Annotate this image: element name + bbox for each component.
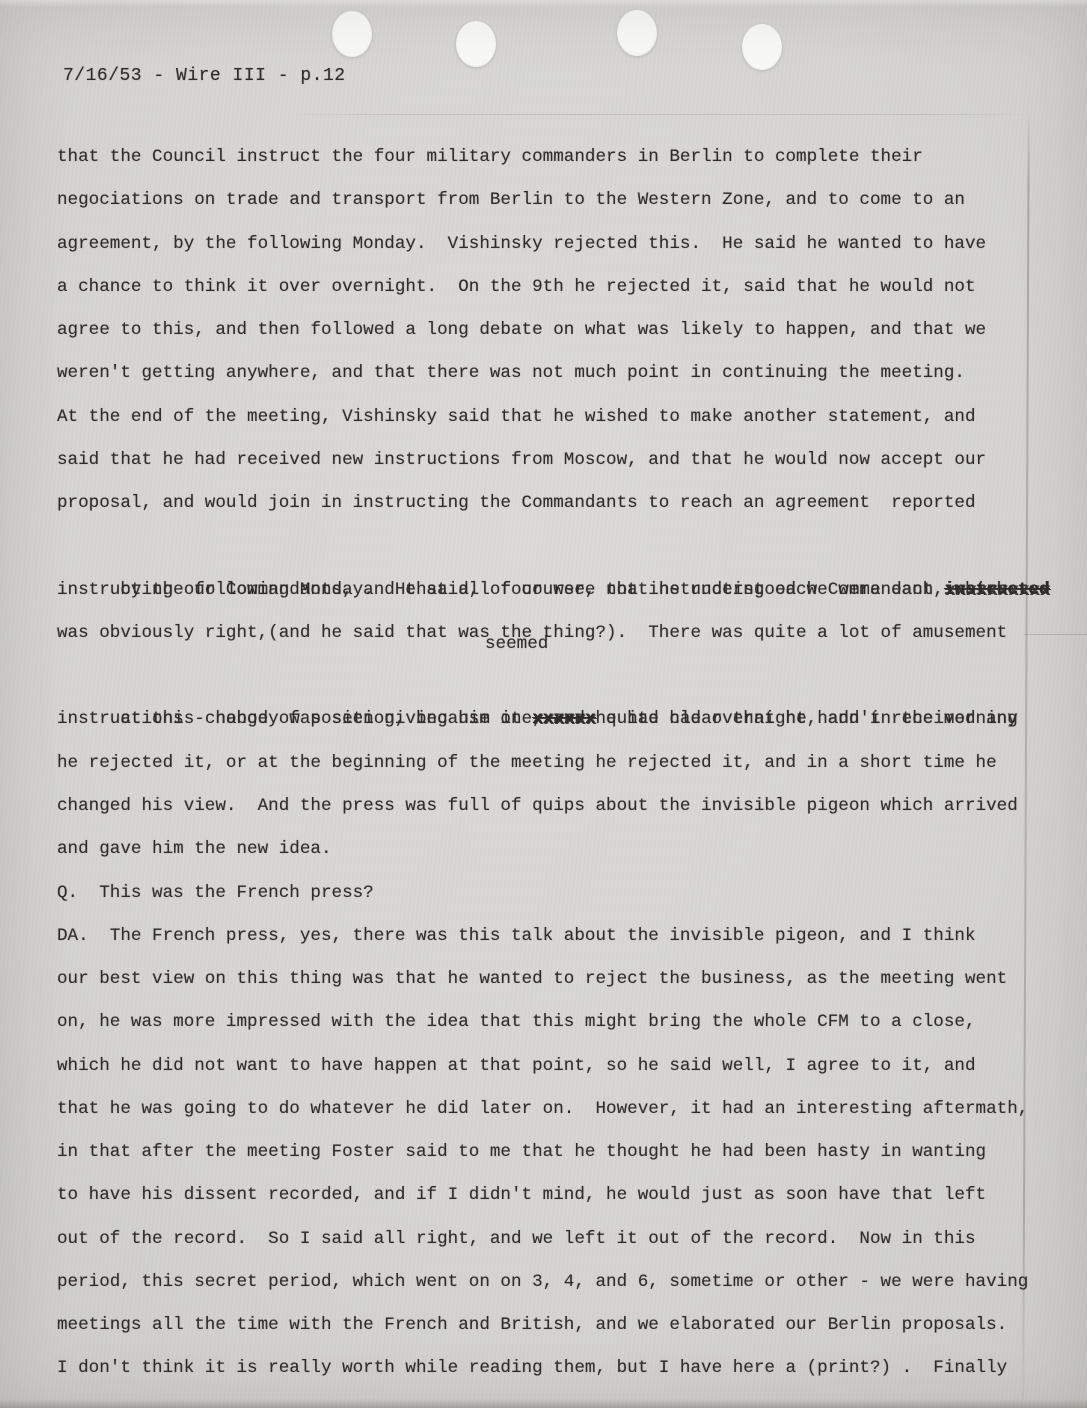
text-line: our best view on this thing was that he … bbox=[57, 958, 1047, 1001]
punch-hole bbox=[742, 24, 782, 70]
text-line: a chance to think it over overnight. On … bbox=[57, 266, 1047, 309]
text-line: At the end of the meeting, Vishinsky sai… bbox=[57, 396, 1047, 439]
text-line: I don't think it is really worth while r… bbox=[57, 1347, 1047, 1390]
text-line: seemedat this change of position, becaus… bbox=[57, 655, 1047, 698]
text-line: proposal, and would join in instructing … bbox=[57, 482, 1047, 525]
text-line: on, he was more impressed with the idea … bbox=[57, 1001, 1047, 1044]
text-line: which he did not want to have happen at … bbox=[57, 1045, 1047, 1088]
text-line: that the Council instruct the four milit… bbox=[57, 136, 1047, 179]
text-line: changed his view. And the press was full… bbox=[57, 785, 1047, 828]
text-line: that he was going to do whatever he did … bbox=[57, 1088, 1047, 1131]
text-line: DA. The French press, yes, there was thi… bbox=[57, 915, 1047, 958]
text-line: by the following Monday. He said, of cou… bbox=[57, 525, 1047, 568]
transcript-body: that the Council instruct the four milit… bbox=[57, 136, 1047, 1391]
text-line: to have his dissent recorded, and if I d… bbox=[57, 1174, 1047, 1217]
text-line: he rejected it, or at the beginning of t… bbox=[57, 742, 1047, 785]
punch-hole bbox=[456, 21, 496, 67]
text-line: instructing our Commandants, and that al… bbox=[57, 569, 1047, 612]
paper-crease-horizontal bbox=[283, 114, 1035, 115]
inserted-correction-word: seemed bbox=[485, 634, 548, 654]
text-line: agree to this, and then followed a long … bbox=[57, 309, 1047, 352]
text-line: period, this secret period, which went o… bbox=[57, 1261, 1047, 1304]
text-line: instructions - nobody was seen giving hi… bbox=[57, 698, 1047, 741]
text-line: meetings all the time with the French an… bbox=[57, 1304, 1047, 1347]
text-line: was obviously right,(and he said that wa… bbox=[57, 612, 1047, 655]
punch-hole bbox=[617, 10, 657, 56]
page-header: 7/16/53 - Wire III - p.12 bbox=[63, 66, 346, 86]
text-line: weren't getting anywhere, and that there… bbox=[57, 352, 1047, 395]
document-page: 7/16/53 - Wire III - p.12 that the Counc… bbox=[0, 0, 1087, 1408]
punch-hole bbox=[332, 11, 372, 57]
text-line: said that he had received new instructio… bbox=[57, 439, 1047, 482]
text-line: Q. This was the French press? bbox=[57, 872, 1047, 915]
text-line: in that after the meeting Foster said to… bbox=[57, 1131, 1047, 1174]
text-line: agreement, by the following Monday. Vish… bbox=[57, 223, 1047, 266]
text-line: and gave him the new idea. bbox=[57, 828, 1047, 871]
text-line: negociations on trade and transport from… bbox=[57, 179, 1047, 222]
text-line: out of the record. So I said all right, … bbox=[57, 1218, 1047, 1261]
